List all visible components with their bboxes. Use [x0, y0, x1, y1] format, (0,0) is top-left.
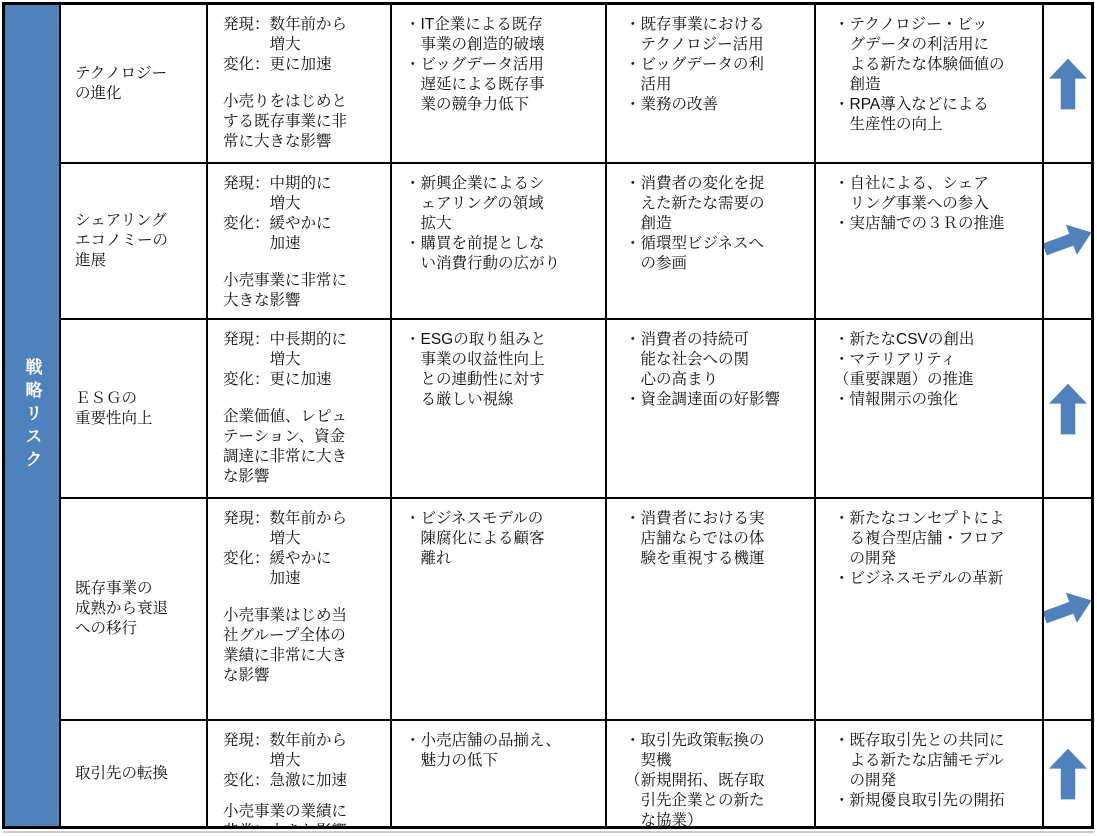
risk-profile-line: 変化：急激に加速 — [223, 771, 384, 791]
risk-profile-cell: 発現：中長期的に増大変化：更に加速 企業価値、レピュテーション、資金調達に非常に… — [206, 318, 390, 497]
risk-profile-line: 常に大きな影響 — [223, 132, 384, 152]
response-line: の開発 — [834, 549, 1036, 569]
response-cell: ・既存取引先との共同による新たな店舗モデルの開発・新規優良取引先の開拓 — [814, 719, 1042, 826]
opportunity-line: ・業務の改善 — [625, 95, 808, 115]
risk-name-line: 取引先の転換 — [75, 764, 200, 784]
opportunity-line: の参画 — [625, 254, 808, 274]
risk-name-line: 成熟から衰退 — [75, 599, 200, 619]
opportunity-line: ・消費者の持続可 — [625, 330, 808, 350]
risk-detail-line: 事業の収益性向上 — [405, 350, 599, 370]
risk-name-cell: ＥＳＧの重要性向上 — [59, 318, 206, 497]
opportunity-line: 活用 — [625, 75, 808, 95]
risk-detail-line: ・購買を前提としな — [405, 234, 599, 254]
risk-profile-line: 発現：数年前から — [223, 731, 384, 751]
opportunity-cell: ・取引先政策転換の契機（新規開拓、既存取引先企業との新たな協業） — [605, 719, 814, 826]
risk-profile-line: 変化：更に加速 — [223, 55, 384, 75]
opportunity-line: ・消費者における実 — [625, 509, 808, 529]
risk-profile-line: な影響 — [223, 467, 384, 487]
response-line: ・新規優良取引先の開拓 — [834, 791, 1036, 811]
risk-category-cell: 戦略リスク — [5, 5, 59, 826]
opportunity-line: な協業） — [625, 811, 808, 826]
trend-up-arrow-icon — [1049, 56, 1087, 112]
trend-cell — [1042, 719, 1091, 826]
opportunity-line: 能な社会への関 — [625, 350, 808, 370]
table-bottom-shadow — [3, 831, 1094, 833]
response-line: ・既存取引先との共同に — [834, 731, 1036, 751]
risk-name-cell: 取引先の転換 — [59, 719, 206, 826]
risk-name-line: への移行 — [75, 619, 200, 639]
opportunity-cell: ・消費者の持続可能な社会への関心の高まり・資金調達面の好影響 — [605, 318, 814, 497]
risk-detail-line: ・ビジネスモデルの — [405, 509, 599, 529]
opportunity-line: テクノロジー活用 — [625, 35, 808, 55]
risk-profile-line: 増大 — [223, 350, 384, 370]
risk-detail-cell: ・新興企業によるシェアリングの領域拡大・購買を前提としない消費行動の広がり — [390, 162, 605, 318]
response-line: よる新たな体験価値の — [834, 55, 1036, 75]
trend-cell — [1042, 497, 1091, 719]
risk-name-cell: シェアリングエコノミーの進展 — [59, 162, 206, 318]
risk-profile-line: テーション、資金 — [223, 427, 384, 447]
risk-profile-cell: 発現：中期的に増大変化：緩やかに加速 小売事業に非常に大きな影響 — [206, 162, 390, 318]
risk-detail-line: 離れ — [405, 549, 599, 569]
risk-detail-line: ・ビッグデータ活用 — [405, 55, 599, 75]
risk-profile-line: 増大 — [223, 751, 384, 771]
opportunity-cell: ・消費者における実店舗ならではの体験を重視する機運 — [605, 497, 814, 719]
risk-profile-line: 社グループ全体の — [223, 626, 384, 646]
risk-name-line: エコノミーの — [75, 231, 200, 251]
risk-profile-line: 小売事業に非常に — [223, 271, 384, 291]
risk-profile-line: 変化：更に加速 — [223, 370, 384, 390]
risk-profile-line: 小売事業はじめ当 — [223, 606, 384, 626]
opportunity-line: ・資金調達面の好影響 — [625, 390, 808, 410]
response-line: （重要課題）の推進 — [834, 370, 1036, 390]
response-line: ・マテリアリティ — [834, 350, 1036, 370]
risk-name-line: 進展 — [75, 251, 200, 271]
risk-profile-line: 業績に非常に大き — [223, 646, 384, 666]
response-line: の開発 — [834, 771, 1036, 791]
risk-detail-line: る厳しい視線 — [405, 390, 599, 410]
trend-cell — [1042, 5, 1091, 162]
risk-profile-line: 発現：数年前から — [223, 509, 384, 529]
risk-detail-line: 陳腐化による顧客 — [405, 529, 599, 549]
risk-name-cell: 既存事業の成熟から衰退への移行 — [59, 497, 206, 719]
response-line: ・新たなコンセプトによ — [834, 509, 1036, 529]
risk-profile-line — [223, 589, 384, 606]
opportunity-line: 引先企業との新た — [625, 791, 808, 811]
risk-profile-line: 加速 — [223, 234, 384, 254]
opportunity-cell: ・消費者の変化を捉えた新たな需要の創造・循環型ビジネスへの参画 — [605, 162, 814, 318]
risk-profile-line — [223, 75, 384, 92]
risk-profile-cell: 発現：数年前から増大変化：緩やかに加速 小売事業はじめ当社グループ全体の業績に非… — [206, 497, 390, 719]
risk-profile-line: 変化：緩やかに — [223, 214, 384, 234]
risk-category-label: 戦略リスク — [24, 358, 41, 473]
risk-detail-line: ・新興企業によるシ — [405, 174, 599, 194]
response-line: ・RPA導入などによる — [834, 95, 1036, 115]
risk-detail-line: との連動性に対す — [405, 370, 599, 390]
risk-detail-line: ェアリングの領域 — [405, 194, 599, 214]
response-line: 生産性の向上 — [834, 115, 1036, 135]
risk-profile-line: 小売りをはじめと — [223, 92, 384, 112]
risk-profile-line: 発現：中長期的に — [223, 330, 384, 350]
trend-up-right-arrow-icon — [1042, 216, 1091, 267]
risk-profile-line: 発現：中期的に — [223, 174, 384, 194]
opportunity-line: 験を重視する機運 — [625, 549, 808, 569]
risk-detail-cell: ・小売店舗の品揃え、魅力の低下 — [390, 719, 605, 826]
response-line: ・テクノロジー・ビッ — [834, 15, 1036, 35]
risk-detail-cell: ・ESGの取り組みと事業の収益性向上との連動性に対する厳しい視線 — [390, 318, 605, 497]
risk-profile-line — [223, 254, 384, 271]
risk-name-line: テクノロジー — [75, 64, 200, 84]
opportunity-line: （新規開拓、既存取 — [625, 771, 808, 791]
response-cell: ・新たなコンセプトによる複合型店舗・フロアの開発・ビジネスモデルの革新 — [814, 497, 1042, 719]
risk-name-line: 既存事業の — [75, 579, 200, 599]
opportunity-line: ・ビッグデータの利 — [625, 55, 808, 75]
risk-profile-line: 非常に大きな影響 — [223, 822, 384, 826]
risk-profile-line: 加速 — [223, 569, 384, 589]
risk-name-line: シェアリング — [75, 211, 200, 231]
trend-cell — [1042, 318, 1091, 497]
opportunity-line: ・取引先政策転換の — [625, 731, 808, 751]
trend-up-right-arrow-icon — [1042, 584, 1091, 635]
response-cell: ・自社による、シェアリング事業への参入・実店舗での３Ｒの推進 — [814, 162, 1042, 318]
opportunity-line: ・既存事業における — [625, 15, 808, 35]
trend-up-arrow-icon — [1049, 746, 1087, 802]
response-line: ・実店舗での３Ｒの推進 — [834, 214, 1036, 234]
risk-detail-line: 業の競争力低下 — [405, 95, 599, 115]
risk-detail-line: ・IT企業による既存 — [405, 15, 599, 35]
risk-detail-line: 魅力の低下 — [405, 751, 599, 771]
response-line: ・自社による、シェア — [834, 174, 1036, 194]
risk-profile-line: 発現：数年前から — [223, 15, 384, 35]
strategic-risk-table: 戦略リスク テクノロジーの進化発現：数年前から増大変化：更に加速 小売りをはじめ… — [2, 2, 1094, 829]
risk-profile-line: 増大 — [223, 529, 384, 549]
risk-profile-line: 増大 — [223, 194, 384, 214]
opportunity-line: ・循環型ビジネスへ — [625, 234, 808, 254]
risk-profile-line: な影響 — [223, 666, 384, 686]
response-cell: ・新たなCSVの創出・マテリアリティ（重要課題）の推進・情報開示の強化 — [814, 318, 1042, 497]
response-line: よる新たな店舗モデル — [834, 751, 1036, 771]
response-line: ・新たなCSVの創出 — [834, 330, 1036, 350]
risk-profile-line: する既存事業に非 — [223, 112, 384, 132]
opportunity-line: 店舗ならではの体 — [625, 529, 808, 549]
risk-profile-cell: 発現：数年前から増大変化：更に加速 小売りをはじめとする既存事業に非常に大きな影… — [206, 5, 390, 162]
opportunity-line: 契機 — [625, 751, 808, 771]
risk-name-line: の進化 — [75, 84, 200, 104]
opportunity-line: 創造 — [625, 214, 808, 234]
trend-up-arrow-icon — [1049, 381, 1087, 437]
risk-profile-line — [223, 390, 384, 407]
opportunity-cell: ・既存事業におけるテクノロジー活用・ビッグデータの利活用・業務の改善 — [605, 5, 814, 162]
risk-profile-line: 企業価値、レピュ — [223, 407, 384, 427]
risk-profile-line: 調達に非常に大き — [223, 447, 384, 467]
risk-detail-cell: ・IT企業による既存事業の創造的破壊・ビッグデータ活用遅延による既存事業の競争力… — [390, 5, 605, 162]
response-line: る複合型店舗・フロア — [834, 529, 1036, 549]
opportunity-line: 心の高まり — [625, 370, 808, 390]
response-line: リング事業への参入 — [834, 194, 1036, 214]
risk-detail-line: ・小売店舗の品揃え、 — [405, 731, 599, 751]
risk-profile-cell: 発現：数年前から増大変化：急激に加速 小売事業の業績に非常に大きな影響 — [206, 719, 390, 826]
response-line: 創造 — [834, 75, 1036, 95]
risk-detail-line: 遅延による既存事 — [405, 75, 599, 95]
opportunity-line: ・消費者の変化を捉 — [625, 174, 808, 194]
opportunity-line: えた新たな需要の — [625, 194, 808, 214]
risk-detail-line: ・ESGの取り組みと — [405, 330, 599, 350]
risk-profile-line: 大きな影響 — [223, 291, 384, 311]
response-line: ・ビジネスモデルの革新 — [834, 569, 1036, 589]
risk-name-cell: テクノロジーの進化 — [59, 5, 206, 162]
risk-detail-line: 事業の創造的破壊 — [405, 35, 599, 55]
response-cell: ・テクノロジー・ビッグデータの利活用による新たな体験価値の創造・RPA導入などに… — [814, 5, 1042, 162]
risk-profile-line: 増大 — [223, 35, 384, 55]
risk-profile-line: 変化：緩やかに — [223, 549, 384, 569]
risk-detail-cell: ・ビジネスモデルの陳腐化による顧客離れ — [390, 497, 605, 719]
risk-detail-line: い消費行動の広がり — [405, 254, 599, 274]
trend-cell — [1042, 162, 1091, 318]
risk-name-line: 重要性向上 — [75, 409, 200, 429]
risk-profile-line — [223, 791, 384, 802]
risk-detail-line: 拡大 — [405, 214, 599, 234]
risk-name-line: ＥＳＧの — [75, 389, 200, 409]
risk-profile-line: 小売事業の業績に — [223, 802, 384, 822]
response-line: ・情報開示の強化 — [834, 390, 1036, 410]
response-line: グデータの利活用に — [834, 35, 1036, 55]
